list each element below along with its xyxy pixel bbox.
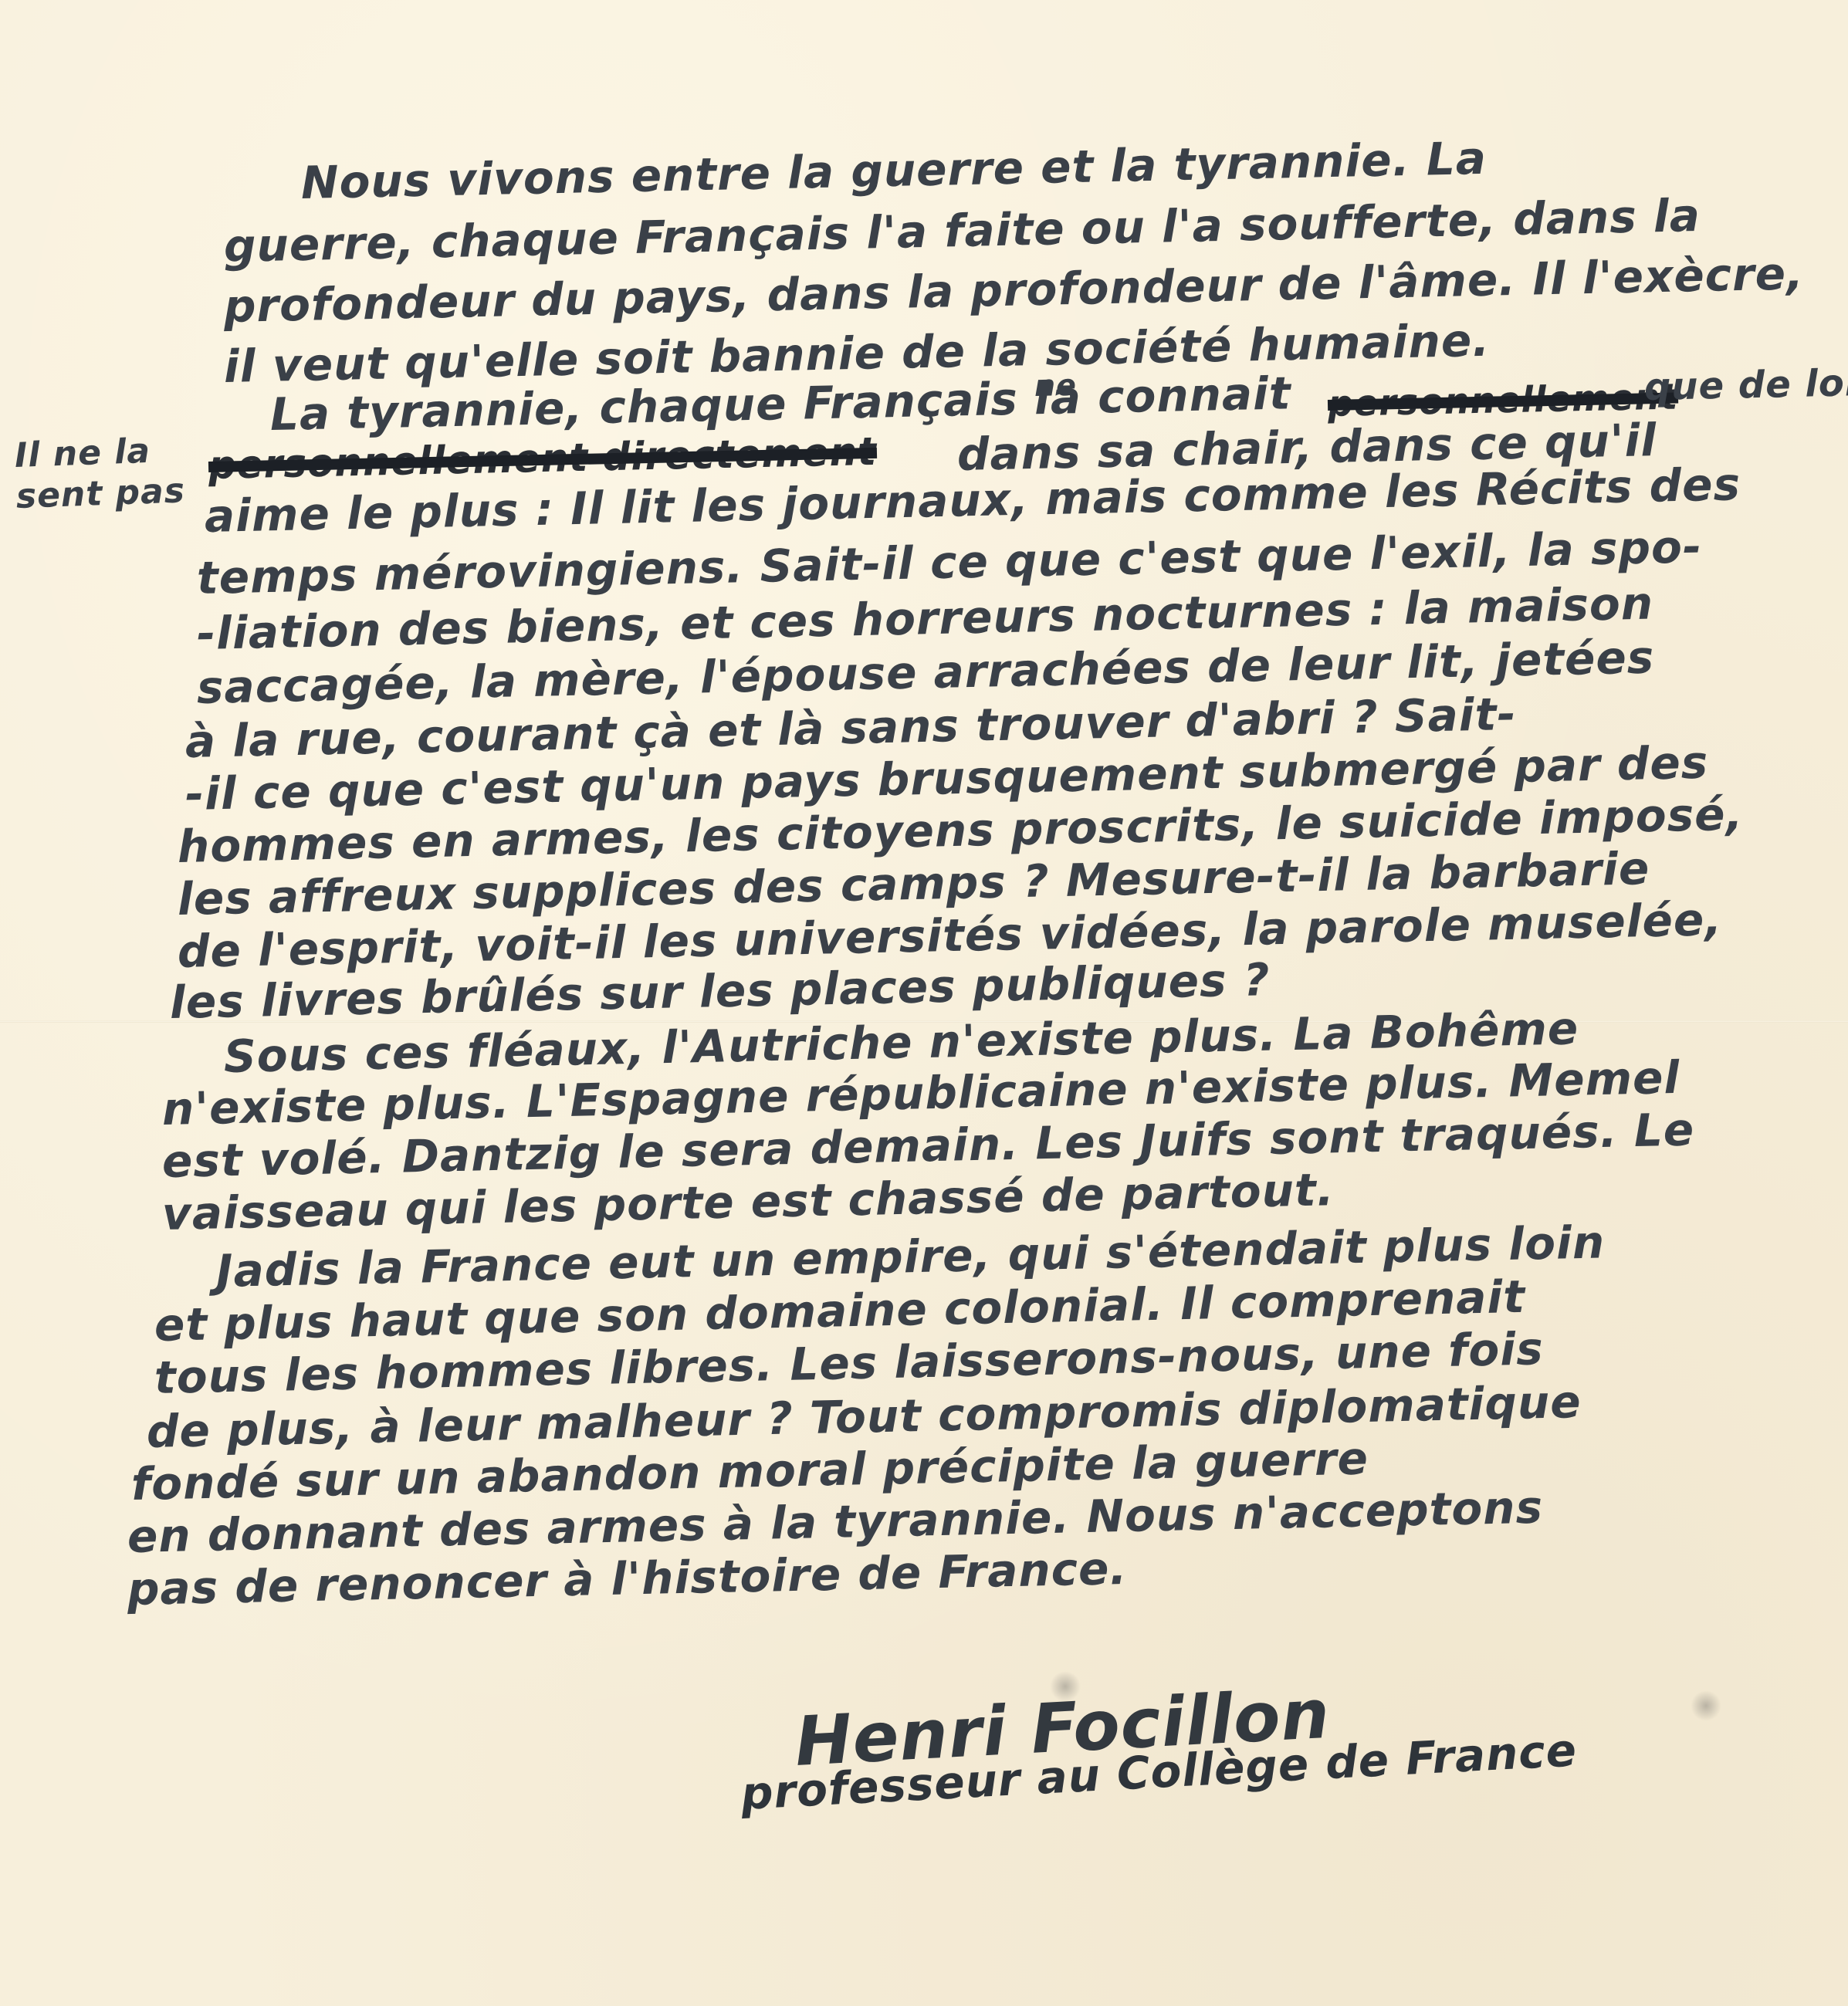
margin-note: Il ne la sent pas [14, 430, 186, 517]
ink-smudge [1050, 1671, 1081, 1702]
insertion-right: que de loin. [1643, 364, 1848, 406]
ink-smudge [1691, 1690, 1721, 1721]
margin-note-line: Il ne la [14, 430, 184, 476]
margin-note-line: sent pas [15, 471, 186, 517]
